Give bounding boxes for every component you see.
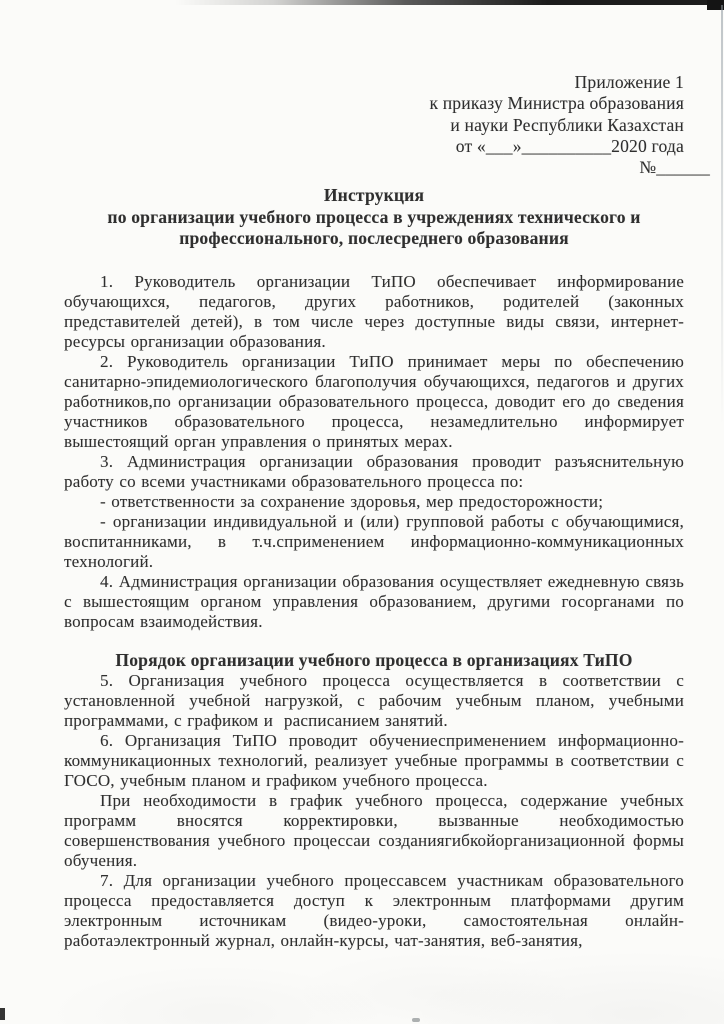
paragraph-1: 1. Руководитель организации ТиПО обеспеч…	[64, 272, 684, 352]
scan-artifact-speck	[412, 1018, 420, 1022]
order-reference-line-2: и науки Республики Казахстан	[64, 115, 684, 136]
paragraph-3-item-1: - ответственности за сохранение здоровья…	[64, 492, 684, 512]
scan-artifact-bottom-left	[0, 1008, 5, 1020]
paragraph-3-item-2: - организации индивидуальной и (или) гру…	[64, 512, 684, 572]
paragraph-5: 5. Организация учебного процесса осущест…	[64, 671, 684, 731]
order-date-line: от «___»__________2020 года	[64, 136, 684, 157]
scanned-document-page: Приложение 1 к приказу Министра образова…	[0, 0, 724, 1024]
title-line-2: по организации учебного процесса в учреж…	[64, 207, 684, 229]
document-header-block: Приложение 1 к приказу Министра образова…	[64, 72, 684, 178]
paragraph-2: 2. Руководитель организации ТиПО принима…	[64, 352, 684, 452]
paragraph-7: 7. Для организации учебного процессавсем…	[64, 871, 684, 951]
annex-label: Приложение 1	[64, 72, 684, 93]
title-line-3: профессионального, послесреднего образов…	[64, 228, 684, 250]
document-title: Инструкция по организации учебного проце…	[64, 185, 684, 250]
paragraph-6-continued: При необходимости в график учебного проц…	[64, 791, 684, 871]
paragraph-3-intro: 3. Администрация организации образования…	[64, 452, 684, 492]
paragraph-6: 6. Организация ТиПО проводит обучениеспр…	[64, 731, 684, 791]
paragraph-4: 4. Администрация организации образования…	[64, 572, 684, 632]
section-heading: Порядок организации учебного процесса в …	[64, 649, 684, 671]
order-reference-line-1: к приказу Министра образования	[64, 93, 684, 114]
scan-edge-artifact-right	[721, 5, 723, 425]
document-content: Приложение 1 к приказу Министра образова…	[64, 0, 684, 951]
order-number-line: №______	[64, 157, 710, 178]
title-line-1: Инструкция	[64, 185, 684, 207]
